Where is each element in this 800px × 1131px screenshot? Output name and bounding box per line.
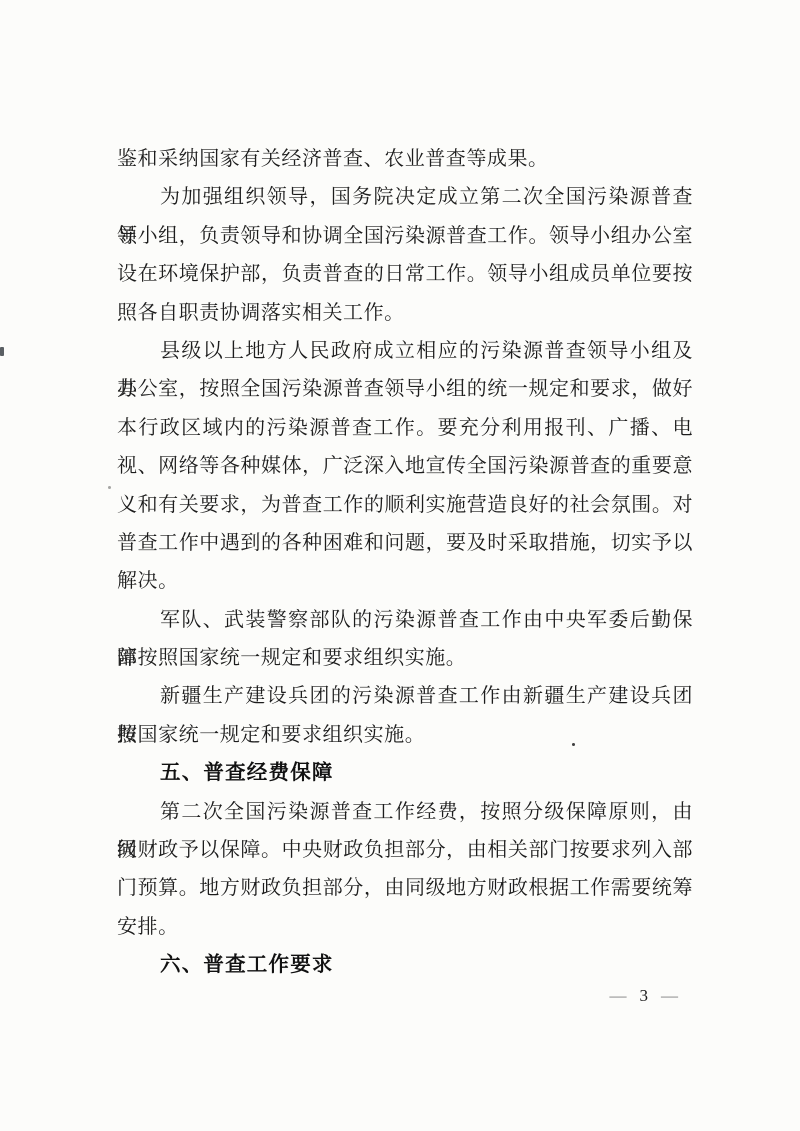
text-line: 本行政区域内的污染源普查工作。要充分利用报刊、广播、电 — [117, 409, 693, 447]
text-line: 门预算。地方财政负担部分，由同级地方财政根据工作需要统筹 — [117, 869, 693, 907]
text-line: 鉴和采纳国家有关经济普查、农业普查等成果。 — [117, 140, 693, 178]
text-line: 办公室，按照全国污染源普查领导小组的统一规定和要求，做好 — [117, 370, 693, 408]
text-line: 解决。 — [117, 562, 693, 600]
text-line: 新疆生产建设兵团的污染源普查工作由新疆生产建设兵团按 — [117, 677, 693, 715]
text-line: 视、网络等各种媒体，广泛深入地宣传全国污染源普查的重要意 — [117, 447, 693, 485]
text-line: 为加强组织领导，国务院决定成立第二次全国污染源普查领 — [117, 178, 693, 216]
section-heading: 六、普查工作要求 — [117, 946, 693, 984]
text-line: 普查工作中遇到的各种困难和问题，要及时采取措施，切实予以 — [117, 524, 693, 562]
text-line: 军队、武装警察部队的污染源普查工作由中央军委后勤保障 — [117, 601, 693, 639]
text-line: 第二次全国污染源普查工作经费，按照分级保障原则，由同 — [117, 793, 693, 831]
text-line: 导小组，负责领导和协调全国污染源普查工作。领导小组办公室 — [117, 217, 693, 255]
text-line: 级财政予以保障。中央财政负担部分，由相关部门按要求列入部 — [117, 831, 693, 869]
text-line: 照国家统一规定和要求组织实施。 — [117, 716, 693, 754]
scan-mark-left-edge — [0, 347, 4, 356]
text-line: 照各自职责协调落实相关工作。 — [117, 294, 693, 332]
scan-speck — [572, 743, 575, 746]
footer-dash-left: — — [610, 986, 627, 1005]
document-page: 鉴和采纳国家有关经济普查、农业普查等成果。为加强组织领导，国务院决定成立第二次全… — [0, 0, 800, 1131]
page-number: 3 — [640, 986, 649, 1005]
text-line: 县级以上地方人民政府成立相应的污染源普查领导小组及其 — [117, 332, 693, 370]
footer-dash-right: — — [661, 986, 678, 1005]
text-line: 设在环境保护部，负责普查的日常工作。领导小组成员单位要按 — [117, 255, 693, 293]
page-footer: —3— — [117, 984, 693, 1008]
text-line: 义和有关要求，为普查工作的顺利实施营造良好的社会氛围。对 — [117, 486, 693, 524]
scan-speck — [108, 486, 111, 489]
document-body: 鉴和采纳国家有关经济普查、农业普查等成果。为加强组织领导，国务院决定成立第二次全… — [117, 140, 693, 985]
text-line: 安排。 — [117, 908, 693, 946]
section-heading: 五、普查经费保障 — [117, 754, 693, 792]
text-line: 部按照国家统一规定和要求组织实施。 — [117, 639, 693, 677]
